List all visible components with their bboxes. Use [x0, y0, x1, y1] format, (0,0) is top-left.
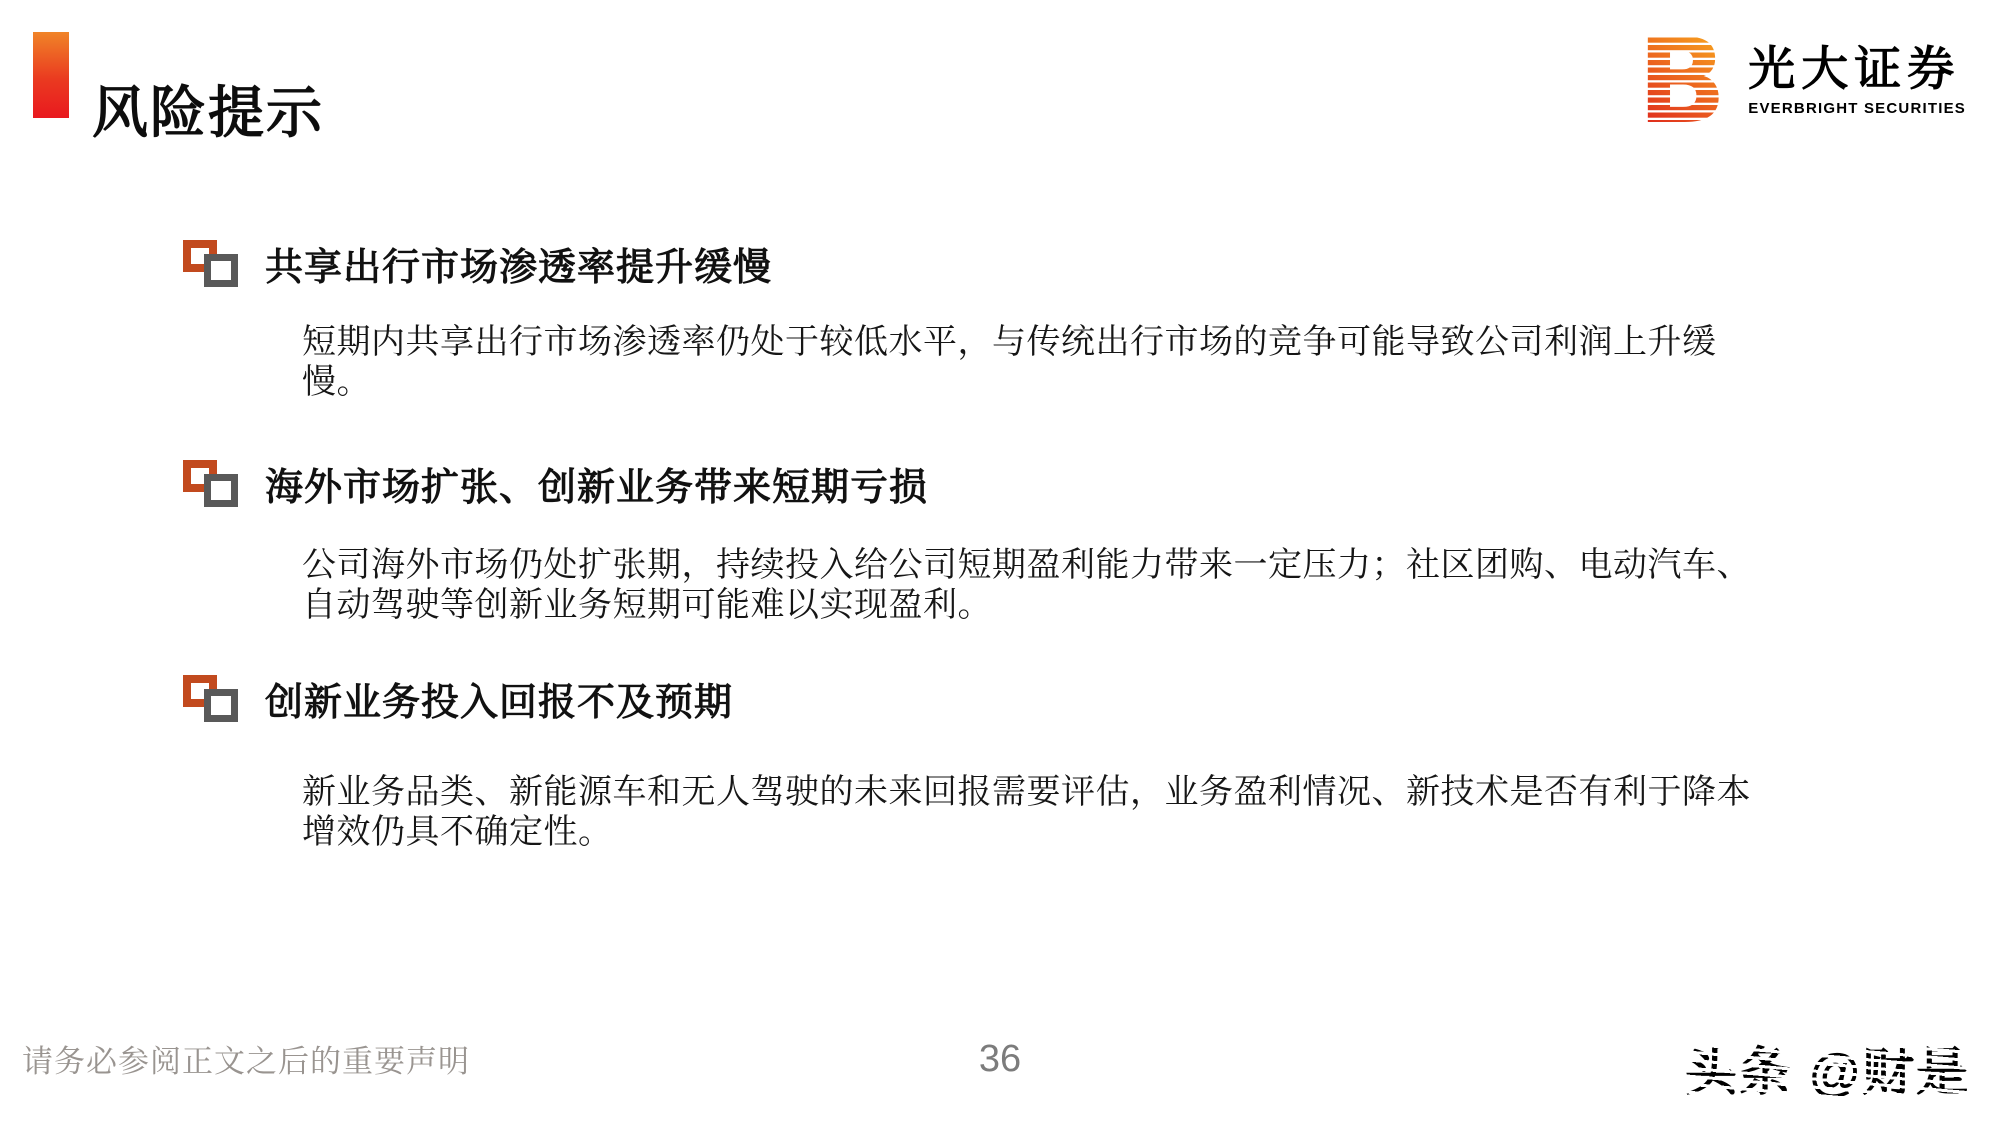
everbright-b-logo-icon: B — [1640, 30, 1726, 126]
logo-letter-b: B — [1640, 30, 1726, 126]
section-1-body: 短期内共享出行市场渗透率仍处于较低水平，与传统出行市场的竞争可能导致公司利润上升… — [302, 322, 1762, 402]
section-3-body: 新业务品类、新能源车和无人驾驶的未来回报需要评估，业务盈利情况、新技术是否有利于… — [302, 772, 1762, 852]
section-3-heading: 创新业务投入回报不及预期 — [183, 671, 733, 726]
section-2-title: 海外市场扩张、创新业务带来短期亏损 — [265, 456, 928, 511]
overlap-squares-icon — [183, 675, 238, 723]
section-2-body: 公司海外市场仍处扩张期，持续投入给公司短期盈利能力带来一定压力；社区团购、电动汽… — [302, 545, 1762, 625]
logo-text: 光大证券 EVERBRIGHT SECURITIES — [1748, 30, 1966, 117]
gray-square-icon — [204, 254, 238, 287]
section-1-heading: 共享出行市场渗透率提升缓慢 — [183, 236, 772, 291]
overlap-squares-icon — [183, 460, 238, 508]
gray-square-icon — [204, 474, 238, 507]
page-title: 风险提示 — [92, 70, 324, 156]
gray-square-icon — [204, 689, 238, 722]
section-1-title: 共享出行市场渗透率提升缓慢 — [265, 236, 772, 291]
toutiao-watermark: 头条 @财是 — [1685, 1030, 1970, 1105]
overlap-squares-icon — [183, 240, 238, 288]
section-3-title: 创新业务投入回报不及预期 — [265, 671, 733, 726]
everbright-logo: B 光大证券 EVERBRIGHT SECURITIES — [1640, 30, 1966, 126]
logo-name-en: EVERBRIGHT SECURITIES — [1748, 100, 1966, 117]
logo-name-cn: 光大证券 — [1748, 44, 1966, 93]
section-2-heading: 海外市场扩张、创新业务带来短期亏损 — [183, 456, 928, 511]
slide-risk-warning: 风险提示 B 光大证券 EVERBRIGHT SECURITIES — [0, 0, 2000, 1125]
title-accent-bar — [33, 32, 69, 118]
